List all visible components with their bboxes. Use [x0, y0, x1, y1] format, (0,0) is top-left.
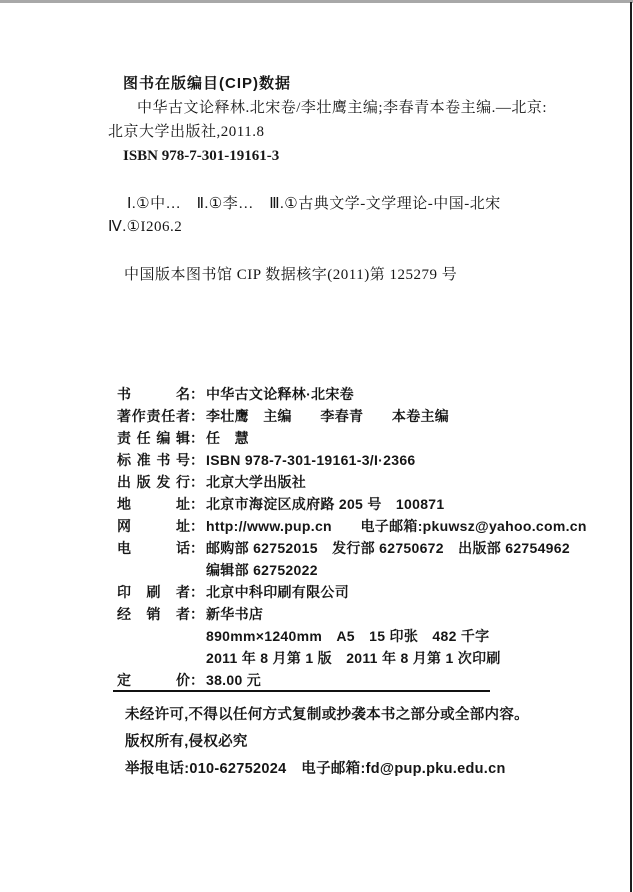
colophon-row: 地址：北京市海淀区成府路 205 号 100871	[117, 493, 587, 515]
colophon-value: 中华古文论释林·北宋卷	[206, 386, 354, 402]
scan-top-edge	[0, 0, 633, 3]
colophon-label: 经销者	[117, 603, 190, 625]
colophon-label: 责任编辑	[117, 427, 190, 449]
colophon-colon: ：	[190, 493, 206, 515]
colophon-row: 2011 年 8 月第 1 版 2011 年 8 月第 1 次印刷	[117, 647, 587, 669]
cip-classification: Ⅰ.①中… Ⅱ.①李… Ⅲ.①古典文学-文学理论-中国-北宋 Ⅳ.①I206.2	[108, 193, 578, 239]
colophon-value: 任 慧	[206, 430, 249, 446]
colophon-value: 890mm×1240mm A5 15 印张 482 千字	[206, 628, 489, 644]
colophon-row: 网址：http://www.pup.cn 电子邮箱:pkuwsz@yahoo.c…	[117, 515, 587, 537]
colophon-label: 网址	[117, 515, 190, 537]
colophon-label: 标准书号	[117, 449, 190, 471]
cip-header: 图书在版编目(CIP)数据	[123, 72, 568, 96]
colophon-value: 北京中科印刷有限公司	[206, 584, 349, 600]
colophon-colon: ：	[190, 669, 206, 691]
colophon-label: 电话	[117, 537, 190, 559]
cip-title-line: 中华古文论释林.北宋卷/李壮鹰主编;李春青本卷主编.—北京:	[108, 96, 568, 120]
colophon-label: 书名	[117, 383, 190, 405]
colophon-colon: ：	[190, 603, 206, 625]
classification-line-1: Ⅰ.①中… Ⅱ.①李… Ⅲ.①古典文学-文学理论-中国-北宋	[127, 193, 578, 216]
colophon-label: 定价	[117, 669, 190, 691]
colophon-value: 北京大学出版社	[206, 474, 306, 490]
classification-line-2: Ⅳ.①I206.2	[108, 216, 578, 239]
colophon-value: 新华书店	[206, 606, 263, 622]
colophon-colon: ：	[190, 449, 206, 471]
colophon-label: 著作责任者	[117, 405, 190, 427]
cip-block: 图书在版编目(CIP)数据 中华古文论释林.北宋卷/李壮鹰主编;李春青本卷主编.…	[108, 72, 568, 168]
notice-rights-line: 版权所有,侵权必究	[125, 729, 585, 756]
cip-record-number: 中国版本图书馆 CIP 数据核字(2011)第 125279 号	[124, 263, 457, 284]
colophon-value: 北京市海淀区成府路 205 号 100871	[206, 496, 444, 512]
colophon-label: 印刷者	[117, 581, 190, 603]
colophon-colon: ：	[190, 515, 206, 537]
colophon-colon: ：	[190, 581, 206, 603]
colophon-colon: ：	[190, 405, 206, 427]
colophon-row: 出版发行：北京大学出版社	[117, 471, 587, 493]
divider-rule	[113, 690, 490, 692]
colophon-colon: ：	[190, 471, 206, 493]
colophon-row: 电话：邮购部 62752015 发行部 62750672 出版部 6275496…	[117, 537, 587, 559]
colophon-label: 地址	[117, 493, 190, 515]
colophon-colon: ：	[190, 427, 206, 449]
colophon-row: 责任编辑：任 慧	[117, 427, 587, 449]
colophon-colon: ：	[190, 383, 206, 405]
colophon-row: 印刷者：北京中科印刷有限公司	[117, 581, 587, 603]
colophon-row: 890mm×1240mm A5 15 印张 482 千字	[117, 625, 587, 647]
colophon-value: http://www.pup.cn 电子邮箱:pkuwsz@yahoo.com.…	[206, 518, 587, 534]
colophon-row: 经销者：新华书店	[117, 603, 587, 625]
colophon-row: 书名：中华古文论释林·北宋卷	[117, 383, 587, 405]
colophon-value: ISBN 978-7-301-19161-3/I·2366	[206, 452, 416, 468]
colophon-value: 2011 年 8 月第 1 版 2011 年 8 月第 1 次印刷	[206, 650, 501, 666]
cip-publisher-line: 北京大学出版社,2011.8	[108, 120, 568, 144]
colophon-row: 定价：38.00 元	[117, 669, 587, 691]
cip-isbn: ISBN 978-7-301-19161-3	[123, 144, 568, 168]
colophon-value: 邮购部 62752015 发行部 62750672 出版部 62754962	[206, 540, 570, 556]
notice-no-copy-line: 未经许可,不得以任何方式复制或抄袭本书之部分或全部内容。	[125, 702, 585, 729]
book-copyright-page: 图书在版编目(CIP)数据 中华古文论释林.北宋卷/李壮鹰主编;李春青本卷主编.…	[0, 0, 633, 892]
colophon-row: 标准书号：ISBN 978-7-301-19161-3/I·2366	[117, 449, 587, 471]
colophon-value: 李壮鹰 主编 李春青 本卷主编	[206, 408, 449, 424]
colophon-colon: ：	[190, 537, 206, 559]
colophon-table: 书名：中华古文论释林·北宋卷著作责任者：李壮鹰 主编 李春青 本卷主编责任编辑：…	[117, 383, 587, 691]
copyright-notice: 未经许可,不得以任何方式复制或抄袭本书之部分或全部内容。 版权所有,侵权必究 举…	[125, 702, 585, 783]
colophon-label: 出版发行	[117, 471, 190, 493]
colophon-row: 著作责任者：李壮鹰 主编 李春青 本卷主编	[117, 405, 587, 427]
colophon-row: 编辑部 62752022	[117, 559, 587, 581]
colophon-value: 38.00 元	[206, 672, 261, 688]
colophon-value: 编辑部 62752022	[206, 562, 318, 578]
scan-right-edge	[630, 2, 632, 892]
notice-report-contact-line: 举报电话:010-62752024 电子邮箱:fd@pup.pku.edu.cn	[125, 756, 585, 783]
